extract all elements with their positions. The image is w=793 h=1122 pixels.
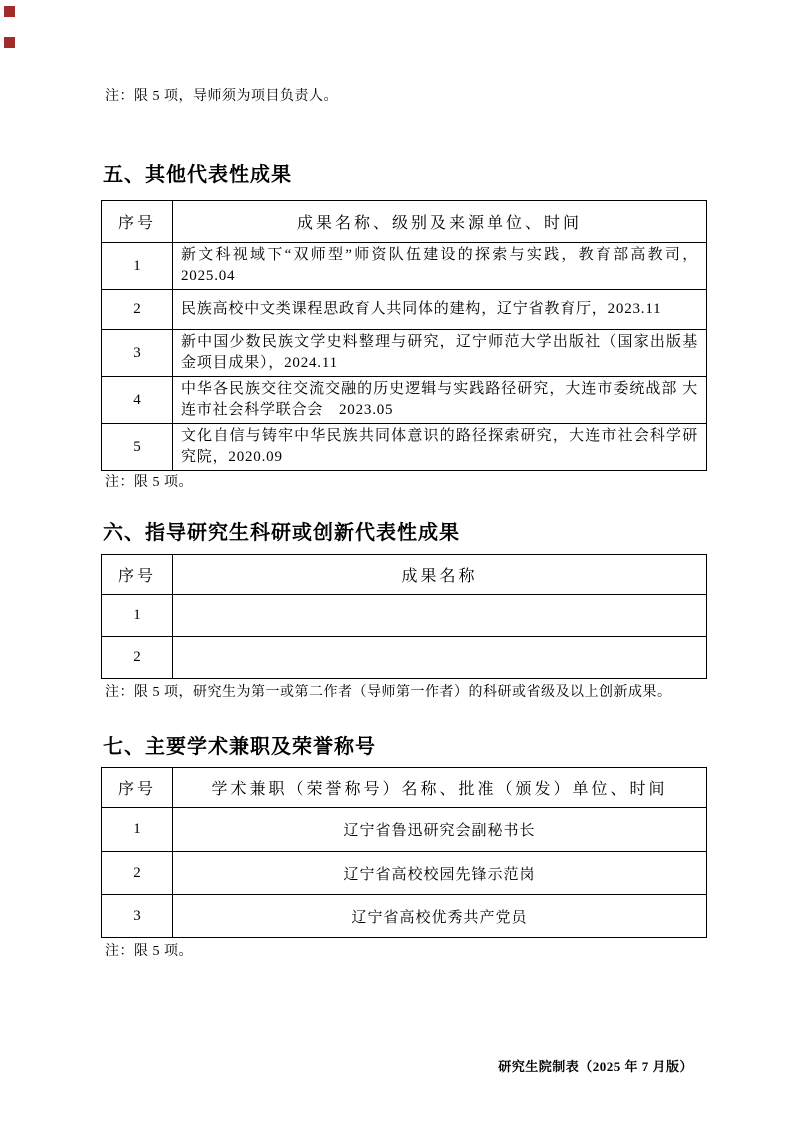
column-header-main: 学术兼职（荣誉称号）名称、批准（颁发）单位、时间 [173, 768, 707, 808]
table-row: 1 辽宁省鲁迅研究会副秘书长 [102, 808, 707, 852]
row-number: 2 [102, 852, 173, 895]
column-header-main: 成果名称 [173, 555, 707, 595]
row-text: 新文科视域下“双师型”师资队伍建设的探索与实践，教育部高教司，2025.04 [173, 243, 707, 290]
row-number: 3 [102, 330, 173, 377]
footer-credit: 研究生院制表（2025 年 7 月版） [101, 1058, 707, 1075]
document-page: 注：限 5 项，导师须为项目负责人。 五、其他代表性成果 序号 成果名称、级别及… [0, 0, 793, 1122]
row-text: 新中国少数民族文学史料整理与研究，辽宁师范大学出版社（国家出版基金项目成果），2… [173, 330, 707, 377]
row-text: 民族高校中文类课程思政育人共同体的建构，辽宁省教育厅，2023.11 [173, 290, 707, 330]
table-row: 3 辽宁省高校优秀共产党员 [102, 895, 707, 938]
row-number: 4 [102, 377, 173, 424]
table-row: 2 [102, 637, 707, 679]
section-title-6: 六、指导研究生科研或创新代表性成果 [101, 519, 707, 547]
red-corner-mark [4, 6, 15, 17]
table-note-6: 注：限 5 项，研究生为第一或第二作者（导师第一作者）的科研或省级及以上创新成果… [101, 684, 707, 702]
row-number: 1 [102, 595, 173, 637]
table-header-row: 序号 成果名称、级别及来源单位、时间 [102, 201, 707, 243]
table-row: 1 [102, 595, 707, 637]
table-titles-honors: 序号 学术兼职（荣誉称号）名称、批准（颁发）单位、时间 1 辽宁省鲁迅研究会副秘… [101, 767, 707, 938]
row-number: 5 [102, 424, 173, 471]
section-title-5: 五、其他代表性成果 [101, 161, 707, 189]
column-header-main: 成果名称、级别及来源单位、时间 [173, 201, 707, 243]
table-header-row: 序号 学术兼职（荣誉称号）名称、批准（颁发）单位、时间 [102, 768, 707, 808]
row-number: 1 [102, 808, 173, 852]
row-text: 辽宁省高校校园先锋示范岗 [173, 852, 707, 895]
row-text: 文化自信与铸牢中华民族共同体意识的路径探索研究，大连市社会科学研究院，2020.… [173, 424, 707, 471]
row-text: 中华各民族交往交流交融的历史逻辑与实践路径研究，大连市委统战部 大连市社会科学联… [173, 377, 707, 424]
table-row: 4 中华各民族交往交流交融的历史逻辑与实践路径研究，大连市委统战部 大连市社会科… [102, 377, 707, 424]
table-row: 2 辽宁省高校校园先锋示范岗 [102, 852, 707, 895]
table-row: 1 新文科视域下“双师型”师资队伍建设的探索与实践，教育部高教司，2025.04 [102, 243, 707, 290]
row-number: 1 [102, 243, 173, 290]
table-header-row: 序号 成果名称 [102, 555, 707, 595]
table-row: 3 新中国少数民族文学史料整理与研究，辽宁师范大学出版社（国家出版基金项目成果）… [102, 330, 707, 377]
table-note-7: 注：限 5 项。 [101, 943, 707, 961]
row-text: 辽宁省高校优秀共产党员 [173, 895, 707, 938]
column-header-no: 序号 [102, 768, 173, 808]
table-row: 5 文化自信与铸牢中华民族共同体意识的路径探索研究，大连市社会科学研究院，202… [102, 424, 707, 471]
row-number: 3 [102, 895, 173, 938]
row-text-empty [173, 637, 707, 679]
table-note-5: 注：限 5 项。 [101, 474, 707, 492]
row-number: 2 [102, 637, 173, 679]
table-other-achievements: 序号 成果名称、级别及来源单位、时间 1 新文科视域下“双师型”师资队伍建设的探… [101, 200, 707, 471]
top-note: 注：限 5 项，导师须为项目负责人。 [101, 88, 707, 106]
row-number: 2 [102, 290, 173, 330]
column-header-no: 序号 [102, 555, 173, 595]
table-row: 2 民族高校中文类课程思政育人共同体的建构，辽宁省教育厅，2023.11 [102, 290, 707, 330]
red-corner-mark [4, 37, 15, 48]
row-text: 辽宁省鲁迅研究会副秘书长 [173, 808, 707, 852]
column-header-no: 序号 [102, 201, 173, 243]
row-text-empty [173, 595, 707, 637]
section-title-7: 七、主要学术兼职及荣誉称号 [101, 733, 707, 761]
document-content: 注：限 5 项，导师须为项目负责人。 五、其他代表性成果 序号 成果名称、级别及… [101, 0, 707, 1075]
table-student-achievements: 序号 成果名称 1 2 [101, 554, 707, 679]
